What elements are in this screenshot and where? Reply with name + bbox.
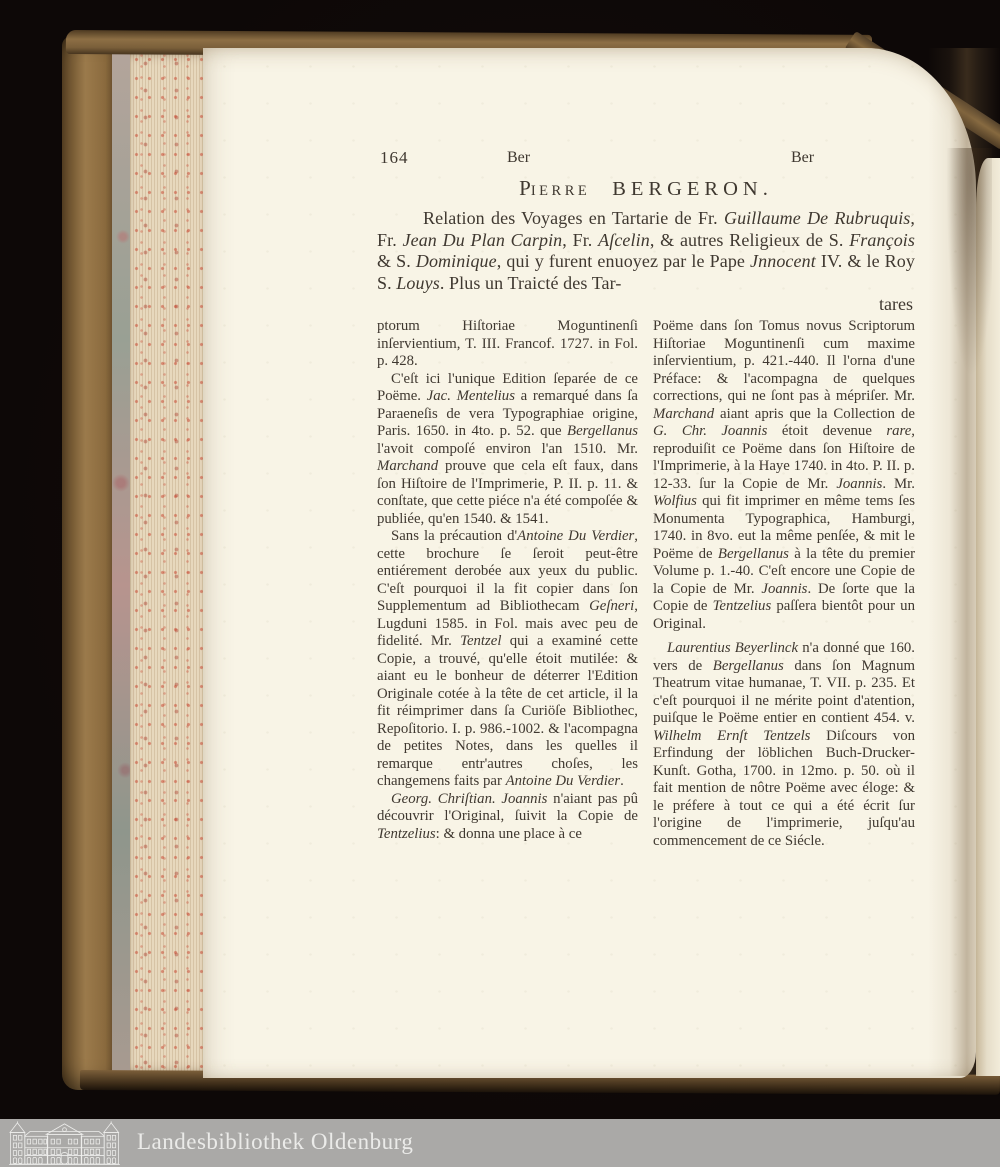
- text-run: étoit devenue: [767, 423, 886, 439]
- library-footer-bar: Landesbibliothek Oldenburg: [0, 1119, 1000, 1167]
- article-title: PIERREBERGERON.: [377, 176, 915, 201]
- text-run: .: [620, 773, 624, 789]
- italic-text-run: Antoine Du Verdier: [506, 773, 621, 789]
- italic-text-run: G. Chr. Joannis: [653, 423, 767, 439]
- book-scan-viewer: 164 Ber Ber PIERREBERGERON. Relation des…: [0, 0, 1000, 1167]
- italic-text-run: rare: [886, 423, 911, 439]
- italic-text-run: Aſcelin: [598, 230, 650, 250]
- library-building-icon: [8, 1121, 121, 1165]
- text-run: & S.: [377, 251, 416, 271]
- running-head-right: Ber: [791, 149, 814, 167]
- library-name: Landesbibliothek Oldenburg: [137, 1119, 413, 1167]
- running-head-left: Ber: [507, 149, 530, 167]
- paragraph: Laurentius Beyerlinck n'a donné que 160.…: [653, 640, 915, 850]
- italic-text-run: Antoine Du Verdier: [517, 528, 634, 544]
- text-run: Sans la précaution d': [391, 528, 517, 544]
- italic-text-run: Wolfius: [653, 493, 697, 509]
- italic-text-run: François: [849, 230, 915, 250]
- title-initial: P: [519, 176, 531, 200]
- text-run: Diſcours von Erfindung der löblichen Buc…: [653, 728, 915, 849]
- italic-text-run: Bergellanus: [718, 546, 789, 562]
- paragraph: Poëme dans ſon Tomus novus Scriptorum Hi…: [653, 318, 915, 633]
- italic-text-run: Marchand: [377, 458, 438, 474]
- printed-text-area: 164 Ber Ber PIERREBERGERON. Relation des…: [377, 48, 915, 1078]
- text-run: : & donna une place à ce: [436, 826, 582, 842]
- page-number: 164: [380, 148, 409, 168]
- paragraph: Georg. Chriſtian. Joannis n'aiant pas pû…: [377, 791, 638, 844]
- text-run: , qui y furent enuoyez par le Pape: [497, 251, 750, 271]
- text-run: Relation des Voyages en Tartarie de Fr.: [423, 208, 724, 228]
- text-run: . Plus un Traicté des Tar-: [440, 273, 622, 293]
- left-column: ptorum Hiſtoriae Moguntinenſi inſervient…: [377, 318, 638, 850]
- text-run: ptorum Hiſtoriae Moguntinenſi inſervient…: [377, 318, 638, 369]
- italic-text-run: Marchand: [653, 406, 714, 422]
- italic-text-run: Georg. Chriſtian. Joannis: [391, 791, 547, 807]
- paragraph: ptorum Hiſtoriae Moguntinenſi inſervient…: [377, 318, 638, 371]
- text-run: , & autres Religieux de S.: [650, 230, 849, 250]
- text-run: aiant apris que la Collection de: [714, 406, 915, 422]
- italic-text-run: Tentzel: [460, 633, 501, 649]
- text-run: qui a examiné cette Copie, a trouvé, qu'…: [377, 633, 638, 789]
- text-run: . Mr.: [882, 476, 915, 492]
- italic-text-run: Geſneri: [589, 598, 634, 614]
- italic-text-run: Bergellanus: [567, 423, 638, 439]
- two-column-text: ptorum Hiſtoriae Moguntinenſi inſervient…: [377, 318, 915, 850]
- title-first-name: IERRE: [531, 183, 590, 199]
- speckled-page-block-edge: [130, 50, 205, 1076]
- catchword: tares: [879, 294, 913, 315]
- italic-text-run: Jean Du Plan Carpin: [403, 230, 563, 250]
- intro-paragraph: Relation des Voyages en Tartarie de Fr. …: [377, 208, 915, 294]
- italic-text-run: Jac. Mentelius: [427, 388, 515, 404]
- italic-text-run: Bergellanus: [713, 658, 784, 674]
- italic-text-run: Joannis: [836, 476, 882, 492]
- italic-text-run: Dominique: [416, 251, 497, 271]
- italic-text-run: Tentzelius: [377, 826, 436, 842]
- scanned-page: 164 Ber Ber PIERREBERGERON. Relation des…: [203, 48, 976, 1078]
- italic-text-run: Jnnocent: [750, 251, 816, 271]
- italic-text-run: Laurentius Beyerlinck: [667, 640, 798, 656]
- right-column: Poëme dans ſon Tomus novus Scriptorum Hi…: [653, 318, 915, 850]
- paragraph: Sans la précaution d'Antoine Du Verdier,…: [377, 528, 638, 791]
- text-run: , Fr.: [562, 230, 598, 250]
- italic-text-run: Louys: [396, 273, 440, 293]
- paragraph: C'eſt ici l'unique Edition ſeparée de ce…: [377, 371, 638, 529]
- italic-text-run: Guillaume De Rubruquis: [724, 208, 910, 228]
- text-run: l'avoit compoſé environ l'an 1510. Mr.: [377, 441, 638, 457]
- italic-text-run: Tentzelius: [713, 598, 772, 614]
- facing-page-sliver: [976, 158, 1000, 1076]
- text-run: Poëme dans ſon Tomus novus Scriptorum Hi…: [653, 318, 915, 404]
- title-surname: BERGERON.: [612, 178, 773, 200]
- leather-cover-edge: [62, 36, 118, 1090]
- italic-text-run: Joannis: [761, 581, 807, 597]
- italic-text-run: Wilhelm Ernſt Tentzels: [653, 728, 810, 744]
